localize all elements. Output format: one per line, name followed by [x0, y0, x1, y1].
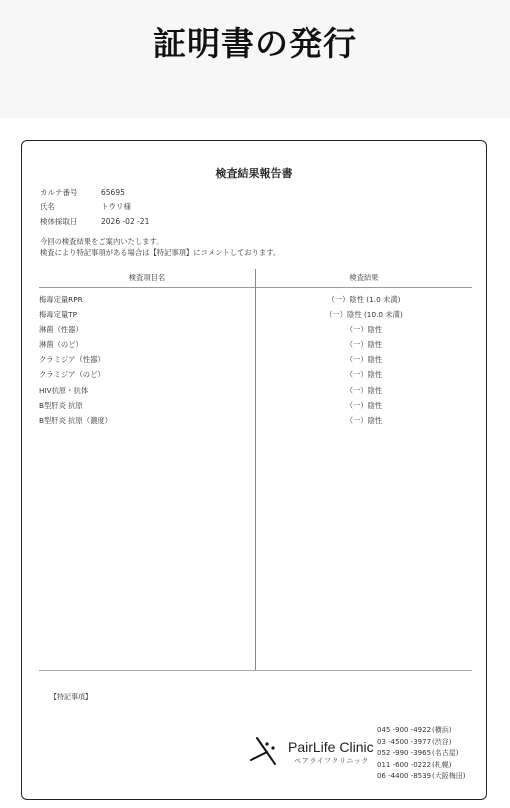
remarks-label: 【特記事項】: [50, 692, 92, 702]
test-name: B型肝炎 抗原: [39, 401, 83, 411]
phone-row: 045 -900 -4922 (横浜): [377, 725, 465, 737]
table-row: B型肝炎 抗原 （一）陰性: [39, 399, 472, 414]
intro-text: 今回の検査結果をご案内いたします。 検査により特記事項がある場合は【特記事項】に…: [40, 236, 280, 258]
test-name: HIV抗原・抗体: [39, 386, 88, 396]
phone-number: 03 -4500 -3977: [377, 737, 432, 749]
test-name: 淋菌（のど）: [39, 340, 83, 350]
info-value: 65695: [101, 188, 125, 197]
table-body: 梅毒定量RPR （一）陰性 (1.0 未満) 梅毒定量TP （一）陰性 (10.…: [39, 293, 472, 429]
info-label: 検体採取日: [40, 216, 101, 227]
clinic-name-kana: ペアライフクリニック: [294, 756, 369, 766]
table-row: クラミジア（性器） （一）陰性: [39, 353, 472, 368]
results-table: 検査項目名 検査結果 梅毒定量RPR （一）陰性 (1.0 未満) 梅毒定量TP…: [39, 269, 472, 671]
test-result: （一）陰性: [256, 325, 472, 335]
test-result: （一）陰性: [256, 355, 472, 365]
info-value: 2026 -02 -21: [101, 217, 149, 226]
test-name: 梅毒定量TP: [39, 310, 77, 320]
phone-location: (渋谷): [432, 737, 451, 749]
test-result: （一）陰性: [256, 416, 472, 426]
phone-row: 052 -990 -3965 (名古屋): [377, 748, 465, 760]
test-result: （一）陰性: [256, 401, 472, 411]
column-header-result: 検査結果: [256, 273, 472, 283]
phone-number: 052 -990 -3965: [377, 748, 432, 760]
phone-number: 045 -900 -4922: [377, 725, 432, 737]
test-name: 梅毒定量RPR: [39, 295, 83, 305]
phone-location: (名古屋): [432, 748, 458, 760]
test-name: 淋菌（性器）: [39, 325, 83, 335]
certificate-document: 検査結果報告書 カルテ番号 65695 氏名 トウリ様 検体採取日 2026 -…: [21, 140, 487, 800]
test-result: （一）陰性: [256, 340, 472, 350]
table-bottom-rule: [39, 670, 472, 671]
patient-info: カルテ番号 65695 氏名 トウリ様 検体採取日 2026 -02 -21: [40, 185, 149, 229]
info-label: カルテ番号: [40, 187, 101, 198]
phone-location: (大阪梅田): [432, 771, 465, 783]
info-label: 氏名: [40, 201, 101, 212]
clinic-name: PairLife Clinic: [288, 739, 374, 755]
test-name: クラミジア（のど）: [39, 370, 105, 380]
clinic-phone-list: 045 -900 -4922 (横浜) 03 -4500 -3977 (渋谷) …: [377, 725, 465, 783]
clinic-logo: PairLife Clinic ペアライフクリニック: [248, 731, 378, 771]
test-result: （一）陰性: [256, 370, 472, 380]
table-row: 淋菌（性器） （一）陰性: [39, 323, 472, 338]
table-row: クラミジア（のど） （一）陰性: [39, 368, 472, 383]
document-title: 検査結果報告書: [22, 165, 486, 181]
table-row: 梅毒定量TP （一）陰性 (10.0 未満): [39, 308, 472, 323]
test-result: （一）陰性: [256, 386, 472, 396]
test-result: （一）陰性 (1.0 未満): [256, 295, 472, 305]
header-band: 証明書の発行: [0, 0, 510, 118]
intro-line: 今回の検査結果をご案内いたします。: [40, 236, 280, 247]
page-title: 証明書の発行: [0, 18, 510, 65]
table-row: HIV抗原・抗体 （一）陰性: [39, 384, 472, 399]
phone-row: 03 -4500 -3977 (渋谷): [377, 737, 465, 749]
table-row: B型肝炎 抗原（濃度） （一）陰性: [39, 414, 472, 429]
column-header-test-name: 検査項目名: [39, 273, 255, 283]
info-value: トウリ様: [101, 201, 131, 212]
info-row-name: 氏名 トウリ様: [40, 200, 149, 215]
phone-location: (横浜): [432, 725, 451, 737]
phone-number: 011 -600 -0222: [377, 760, 432, 772]
test-name: B型肝炎 抗原（濃度）: [39, 416, 112, 426]
phone-row: 011 -600 -0222 (札幌): [377, 760, 465, 772]
info-row-sample-date: 検体採取日 2026 -02 -21: [40, 214, 149, 229]
pairlife-logo-icon: [248, 733, 284, 769]
intro-line: 検査により特記事項がある場合は【特記事項】にコメントしております。: [40, 247, 280, 258]
phone-number: 06 -4400 -8539: [377, 771, 432, 783]
table-row: 淋菌（のど） （一）陰性: [39, 338, 472, 353]
table-row: 梅毒定量RPR （一）陰性 (1.0 未満): [39, 293, 472, 308]
test-result: （一）陰性 (10.0 未満): [256, 310, 472, 320]
phone-row: 06 -4400 -8539 (大阪梅田): [377, 771, 465, 783]
phone-location: (札幌): [432, 760, 451, 772]
info-row-chart-number: カルテ番号 65695: [40, 185, 149, 200]
test-name: クラミジア（性器）: [39, 355, 105, 365]
